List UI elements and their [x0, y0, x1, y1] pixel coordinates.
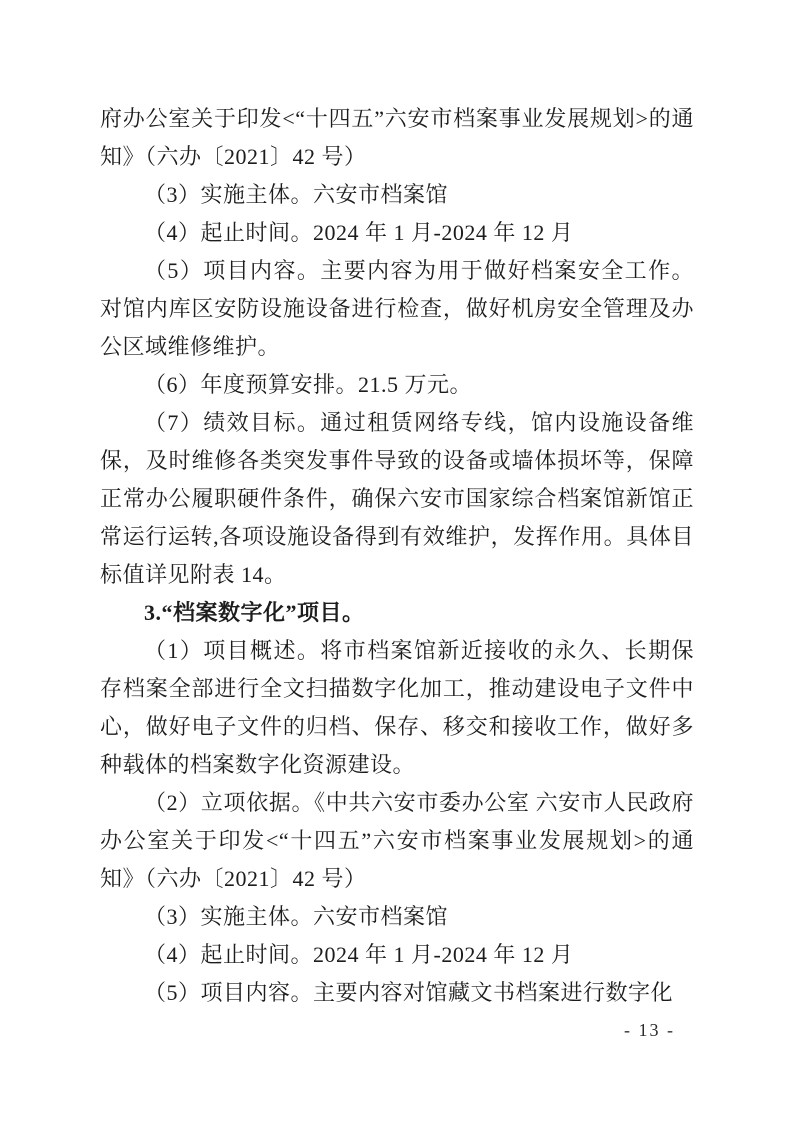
section-heading-digitization-project: 3.“档案数字化”项目。: [100, 594, 694, 632]
document-body: 府办公室关于印发<“十四五”六安市档案事业发展规划>的通知》（六办〔2021〕4…: [100, 100, 694, 1012]
paragraph-project-content-2: （5）项目内容。主要内容对馆藏文书档案进行数字化: [100, 974, 694, 1012]
paragraph-annual-budget: （6）年度预算安排。21.5 万元。: [100, 366, 694, 404]
paragraph-implementing-body-1: （3）实施主体。六安市档案馆: [100, 176, 694, 214]
paragraph-time-range-2: （4）起止时间。2024 年 1 月-2024 年 12 月: [100, 936, 694, 974]
paragraph-project-overview: （1）项目概述。将市档案馆新近接收的永久、长期保存档案全部进行全文扫描数字化加工…: [100, 632, 694, 784]
paragraph-implementing-body-2: （3）实施主体。六安市档案馆: [100, 898, 694, 936]
paragraph-performance-goal: （7）绩效目标。通过租赁网络专线，馆内设施设备维保，及时维修各类突发事件导致的设…: [100, 404, 694, 594]
paragraph-project-basis: （2）立项依据。《中共六安市委办公室 六安市人民政府办公室关于印发<“十四五”六…: [100, 784, 694, 898]
paragraph-continuation: 府办公室关于印发<“十四五”六安市档案事业发展规划>的通知》（六办〔2021〕4…: [100, 100, 694, 176]
paragraph-project-content-1: （5）项目内容。主要内容为用于做好档案安全工作。对馆内库区安防设施设备进行检查，…: [100, 252, 694, 366]
page-number: - 13 -: [624, 1018, 675, 1042]
paragraph-time-range-1: （4）起止时间。2024 年 1 月-2024 年 12 月: [100, 214, 694, 252]
document-page: 府办公室关于印发<“十四五”六安市档案事业发展规划>的通知》（六办〔2021〕4…: [0, 0, 793, 1122]
